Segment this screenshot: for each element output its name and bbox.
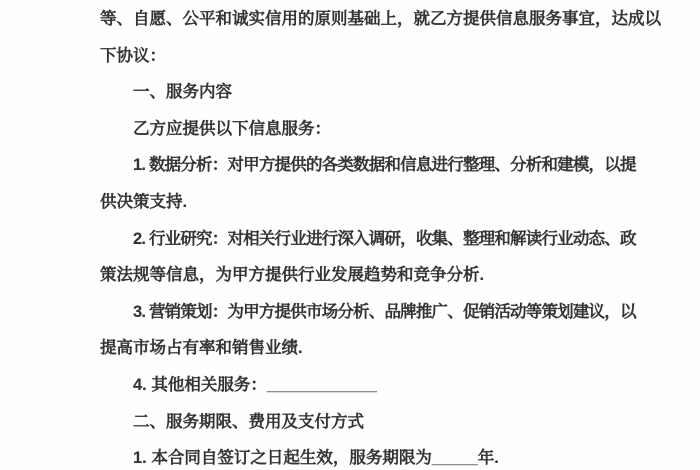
service-item-2-line-2: 策法规等信息，为甲方提供行业发展趋势和竞争分析. [100, 257, 645, 294]
service-item-1-line-1: 1. 数据分析：对甲方提供的各类数据和信息进行整理、分析和建模，以提 [100, 147, 645, 184]
contract-page: 等、自愿、公平和诚实信用的原则基础上，就乙方提供信息服务事宜，达成以 下协议： … [0, 0, 700, 470]
service-item-4-blank-line: 4. 其他相关服务：____________ [100, 367, 645, 404]
service-item-3-line-2: 提高市场占有率和销售业绩. [100, 330, 645, 367]
preamble-line-1: 等、自愿、公平和诚实信用的原则基础上，就乙方提供信息服务事宜，达成以 [100, 1, 645, 38]
service-intro-line: 乙方应提供以下信息服务： [100, 111, 645, 148]
section-1-heading: 一、服务内容 [100, 74, 645, 111]
preamble-line-2: 下协议： [100, 38, 645, 75]
service-item-3-line-1: 3. 营销策划：为甲方提供市场分析、品牌推广、促销活动等策划建议，以 [100, 294, 645, 331]
section-2-heading: 二、服务期限、费用及支付方式 [100, 404, 645, 441]
service-item-1-line-2: 供决策支持. [100, 184, 645, 221]
service-item-2-line-1: 2. 行业研究：对相关行业进行深入调研，收集、整理和解读行业动态、政 [100, 221, 645, 258]
term-clause-line: 1. 本合同自签订之日起生效，服务期限为_____年. [100, 440, 645, 470]
contract-text-block: 等、自愿、公平和诚实信用的原则基础上，就乙方提供信息服务事宜，达成以 下协议： … [100, 1, 645, 470]
